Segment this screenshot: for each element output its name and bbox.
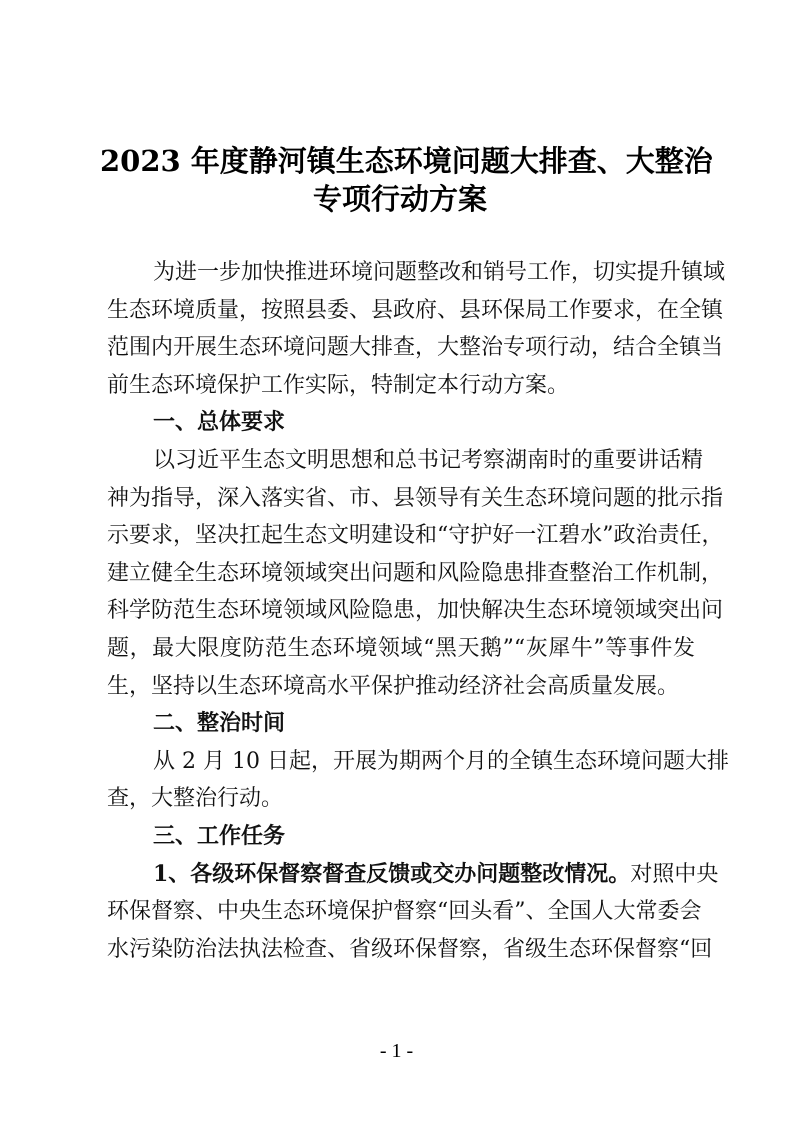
task-item-1-line: 水污染防治法执法检查、省级环保督察，省级生态环保督察“回 [107, 931, 695, 969]
title-line-2: 专项行动方案 [100, 180, 700, 218]
section-heading-work-tasks: 三、工作任务 [107, 818, 695, 856]
text-line: 科学防范生态环境领域风险隐患，加快解决生态环境领域突出问 [107, 592, 695, 630]
document-body: 为进一步加快推进环境问题整改和销号工作，切实提升镇域 生态环境质量，按照县委、县… [107, 254, 695, 968]
intro-paragraph-line: 生态环境质量，按照县委、县政府、县环保局工作要求，在全镇 [107, 292, 695, 330]
text-line: 前生态环境保护工作实际，特制定本行动方案。 [107, 367, 695, 405]
task-item-1-text: 对照中央 [630, 862, 718, 887]
section1-line: 科学防范生态环境领域风险隐患，加快解决生态环境领域突出问 [107, 592, 695, 630]
task-item-1-line: 环保督察、中央生态环境保护督察“回头看”、全国人大常委会 [107, 893, 695, 931]
intro-paragraph-line: 范围内开展生态环境问题大排查，大整治专项行动，结合全镇当 [107, 329, 695, 367]
text-line: 环保督察、中央生态环境保护督察“回头看”、全国人大常委会 [107, 893, 695, 931]
intro-paragraph-line: 前生态环境保护工作实际，特制定本行动方案。 [107, 367, 695, 405]
section1-line: 示要求，坚决扛起生态文明建设和“守护好一江碧水”政治责任， [107, 517, 695, 555]
text-line: 范围内开展生态环境问题大排查，大整治专项行动，结合全镇当 [107, 329, 695, 367]
section1-line: 题，最大限度防范生态环境领域“黑天鹅”“灰犀牛”等事件发 [107, 630, 695, 668]
text-line: 生，坚持以生态环境高水平保护推动经济社会高质量发展。 [107, 668, 695, 706]
text-line: 题，最大限度防范生态环境领域“黑天鹅”“灰犀牛”等事件发 [107, 630, 695, 668]
task-item-1-line: 1、各级环保督察督查反馈或交办问题整改情况。对照中央 [107, 856, 695, 894]
intro-paragraph-line: 为进一步加快推进环境问题整改和销号工作，切实提升镇域 [107, 254, 695, 292]
text-line: 神为指导，深入落实省、市、县领导有关生态环境问题的批示指 [107, 480, 695, 518]
text-line: 示要求，坚决扛起生态文明建设和“守护好一江碧水”政治责任， [107, 517, 695, 555]
section1-line: 神为指导，深入落实省、市、县领导有关生态环境问题的批示指 [107, 480, 695, 518]
document-page: 2023 年度静河镇生态环境问题大排查、大整治 专项行动方案 为进一步加快推进环… [0, 0, 793, 1122]
text-line: 为进一步加快推进环境问题整改和销号工作，切实提升镇域 [153, 254, 695, 292]
text-line: 建立健全生态环境领域突出问题和风险隐患排查整治工作机制， [107, 555, 695, 593]
text-line: 从 2 月 10 日起，开展为期两个月的全镇生态环境问题大排 [153, 743, 695, 781]
section1-line: 生，坚持以生态环境高水平保护推动经济社会高质量发展。 [107, 668, 695, 706]
section-heading-general-requirements: 一、总体要求 [107, 404, 695, 442]
text-line: 水污染防治法执法检查、省级环保督察，省级生态环保督察“回 [107, 931, 695, 969]
text-line: 查，大整治行动。 [107, 780, 695, 818]
document-title: 2023 年度静河镇生态环境问题大排查、大整治 专项行动方案 [100, 142, 700, 218]
section2-line: 从 2 月 10 日起，开展为期两个月的全镇生态环境问题大排 [107, 743, 695, 781]
text-line: 生态环境质量，按照县委、县政府、县环保局工作要求，在全镇 [107, 292, 695, 330]
page-number: - 1 - [0, 1040, 793, 1063]
title-line-1: 2023 年度静河镇生态环境问题大排查、大整治 [100, 142, 700, 180]
section-heading-remediation-period: 二、整治时间 [107, 705, 695, 743]
text-line: 以习近平生态文明思想和总书记考察湖南时的重要讲话精 [153, 442, 695, 480]
section1-line: 建立健全生态环境领域突出问题和风险隐患排查整治工作机制， [107, 555, 695, 593]
section2-line: 查，大整治行动。 [107, 780, 695, 818]
task-item-1-lead: 1、各级环保督察督查反馈或交办问题整改情况。 [153, 861, 630, 887]
section1-line: 以习近平生态文明思想和总书记考察湖南时的重要讲话精 [107, 442, 695, 480]
